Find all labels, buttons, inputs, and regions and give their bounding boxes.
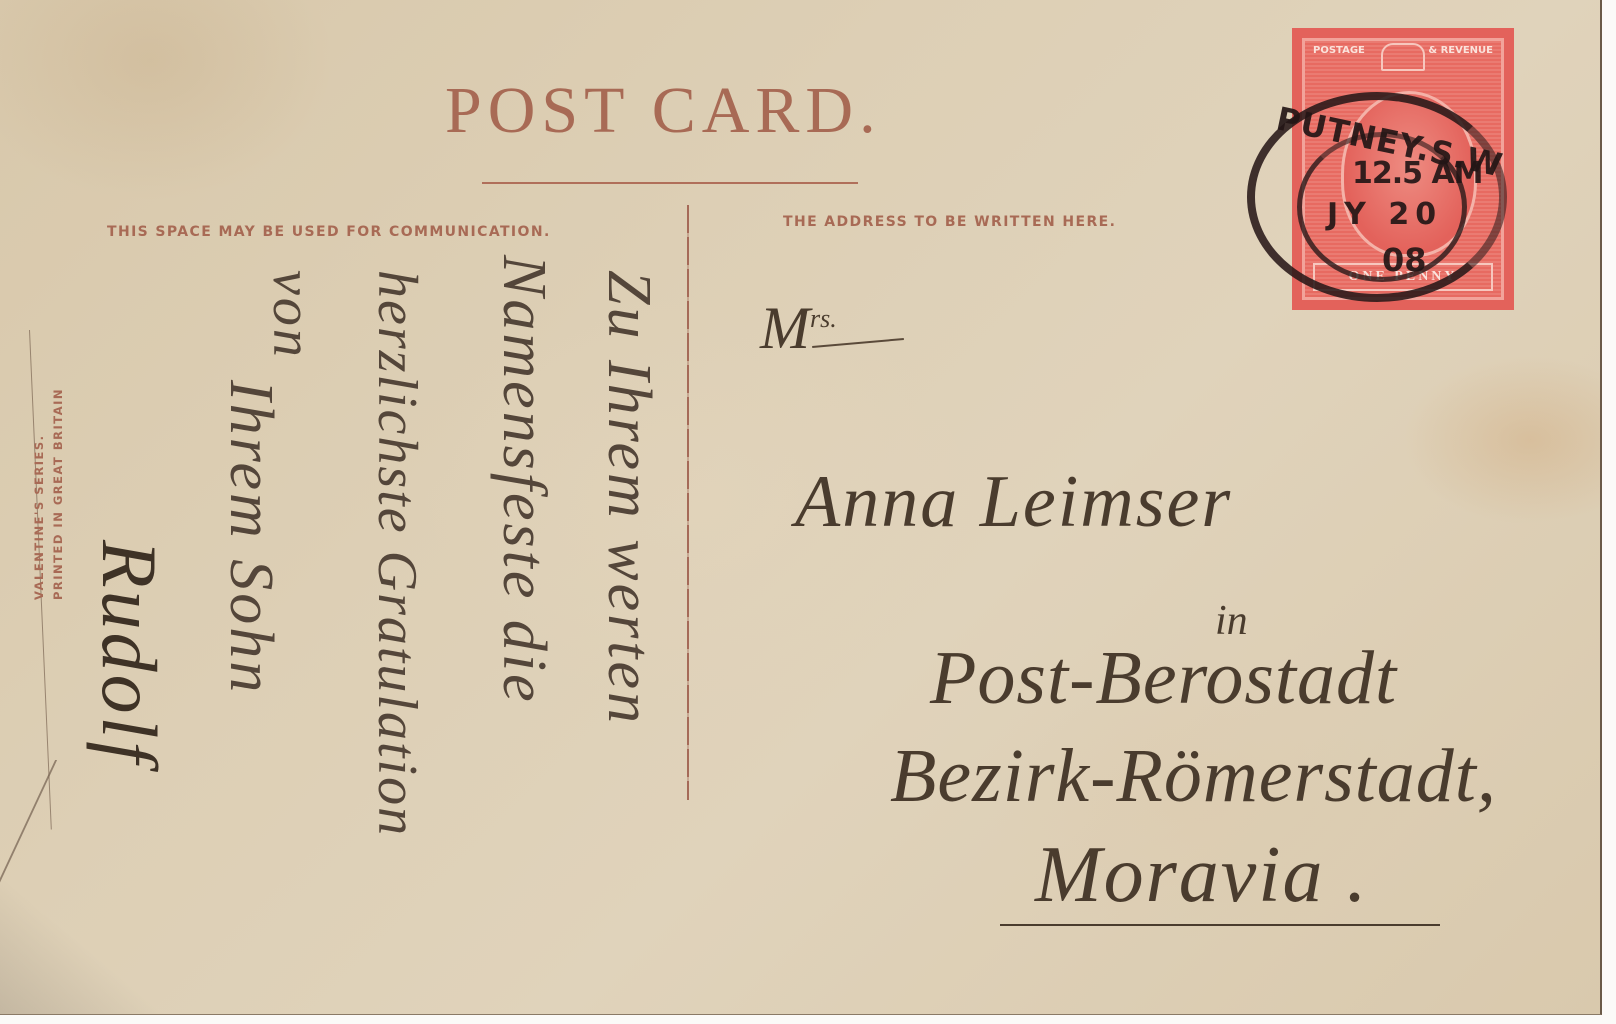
address-underline — [1000, 924, 1440, 926]
imprint-printed: PRINTED IN GREAT BRITAIN — [49, 388, 68, 600]
stamp-header: POSTAGE & REVENUE — [1305, 45, 1501, 56]
postmark-cancellation: PUTNEY.S.W 12.5 AM JY 20 08 — [1247, 92, 1513, 312]
address-country: Moravia . — [1035, 835, 1369, 915]
recipient-name: Anna Leimser — [795, 465, 1232, 539]
publisher-imprint: VALENTINE'S SERIES. PRINTED IN GREAT BRI… — [30, 388, 68, 600]
message-line-2: Namensfeste die — [493, 255, 555, 705]
stamp-postage-text: POSTAGE — [1313, 45, 1365, 56]
signature: Rudolf — [90, 540, 168, 766]
address-town: Post-Berostadt — [930, 640, 1397, 716]
salutation-suffix: rs. — [810, 304, 837, 333]
postcard-back: POST CARD. THIS SPACE MAY BE USED FOR CO… — [0, 0, 1602, 1015]
message-line-4: von — [264, 270, 320, 360]
postcard-title: POST CARD. — [445, 78, 882, 144]
message-line-3: herzlichste Gratulation — [369, 270, 425, 837]
address-label: THE ADDRESS TO BE WRITTEN HERE. — [783, 215, 1116, 229]
communication-label: THIS SPACE MAY BE USED FOR COMMUNICATION… — [107, 225, 551, 239]
stamp-revenue-text: & REVENUE — [1428, 45, 1493, 56]
center-divider — [687, 205, 689, 800]
message-line-1: Zu Ihrem werten — [598, 270, 660, 726]
message-line-5: Ihrem Sohn — [220, 380, 282, 695]
salutation-initial: M — [760, 295, 810, 361]
address-salutation: Mrs. — [760, 298, 837, 358]
address-district: Bezirk-Römerstadt, — [890, 738, 1497, 814]
imprint-series: VALENTINE'S SERIES. — [30, 388, 49, 600]
postmark-year: 08 — [1382, 244, 1427, 276]
postmark-date: JY 20 — [1327, 200, 1442, 230]
title-rule — [482, 182, 858, 184]
postmark-time: 12.5 AM — [1352, 159, 1483, 189]
